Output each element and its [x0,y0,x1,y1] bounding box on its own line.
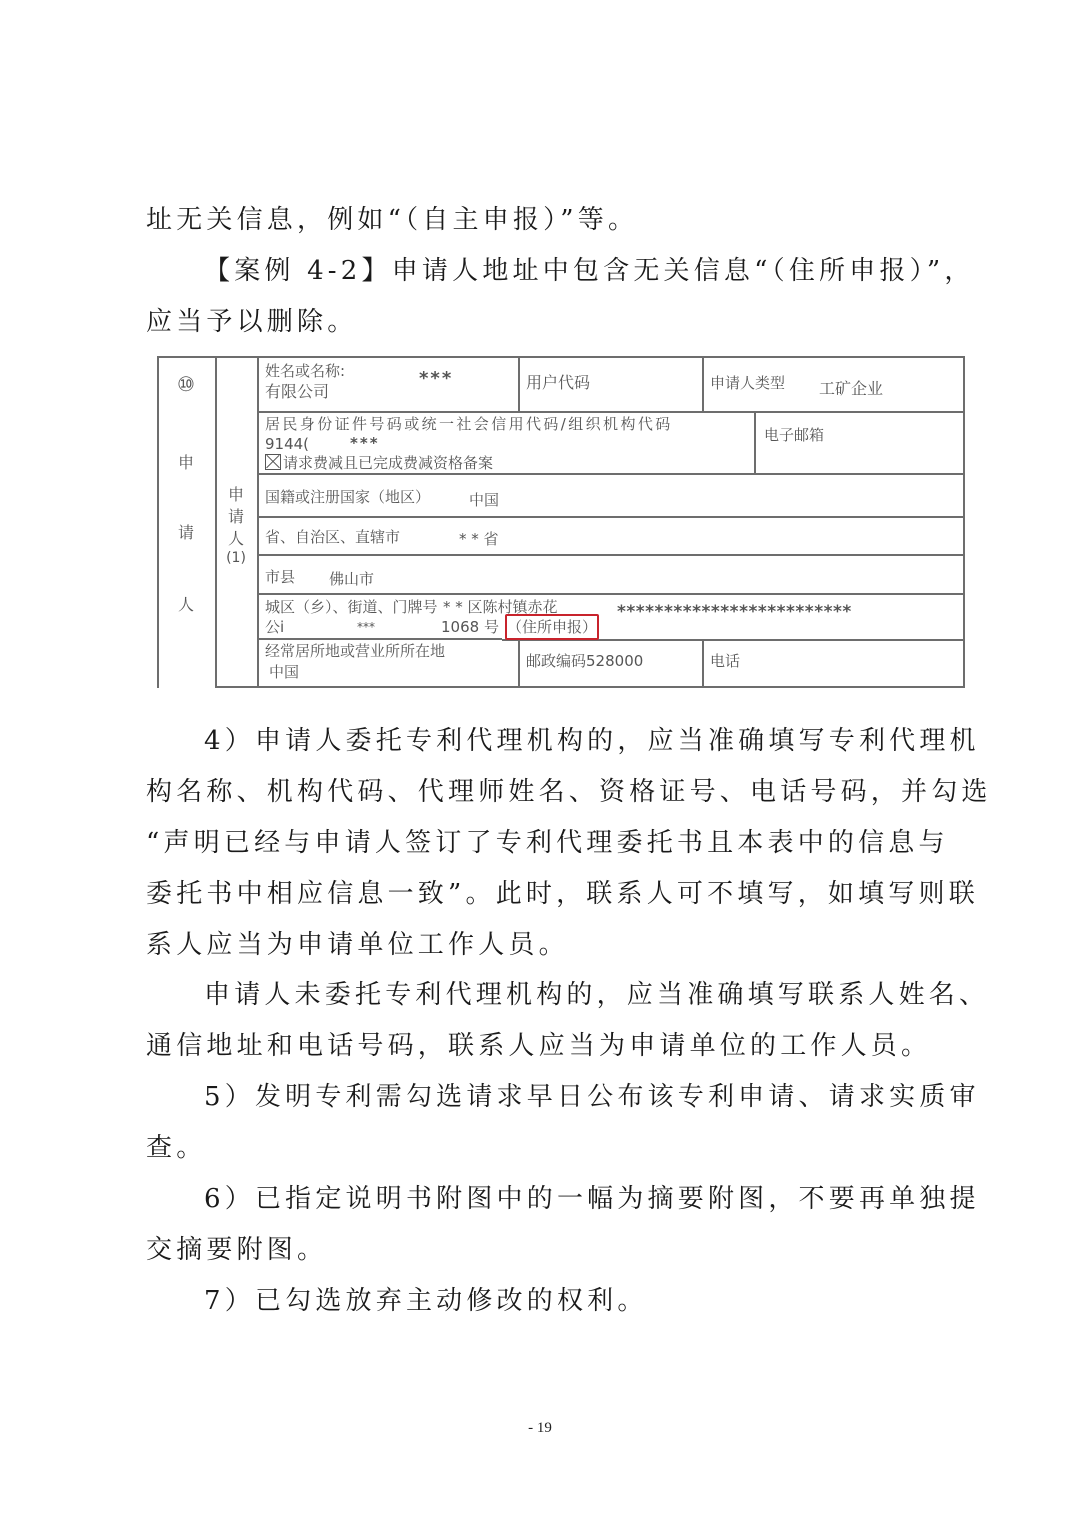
text-line: 应当予以删除。 [146,297,946,348]
col-divider [702,639,704,688]
postal-value: 528000 [586,652,643,670]
section-label-char: 申 [157,450,215,473]
address-highlight-text: （住所申报） [507,618,597,636]
text-line: 交摘要附图。 [146,1225,946,1276]
text-line: 5）发明专利需勾选请求早日公布该专利申请、请求实质审 [146,1072,946,1123]
row-divider [257,516,965,518]
section-label-char: 人 [157,592,215,615]
sub-label-char: (1) [215,550,257,566]
text-line: 申请人未委托专利代理机构的，应当准确填写联系人姓名、 [146,970,946,1021]
text-line: 4）申请人委托专利代理机构的，应当准确填写专利代理机 [146,716,946,767]
text-line: 通信地址和电话号码，联系人应当为申请单位的工作人员。 [146,1021,946,1072]
document-page: 址无关信息，例如“（自主申报）”等。 【案例 4-2】申请人地址中包含无关信息“… [0,0,1080,1527]
province-label: 省、自治区、直辖市 [265,528,400,546]
phone-label: 电话 [710,652,740,670]
address-masked-tail: ************************* [617,603,852,621]
table-border-bottom [215,686,965,688]
row-divider [257,411,965,413]
row-divider [257,638,502,640]
id-value-prefix: 9144( [265,435,309,453]
nationality-value: 中国 [469,491,499,509]
paragraph-item-7: 7）已勾选放弃主动修改的权利。 [146,1276,946,1327]
text-line: 址无关信息，例如“（自主申报）”等。 [146,195,946,246]
applicant-type-label: 申请人类型 [710,374,785,392]
row-divider [257,593,965,595]
city-label: 市县 [265,568,295,586]
text-line: 构名称、机构代码、代理师姓名、资格证号、电话号码，并勾选 [146,767,946,818]
section-number: ⑩ [157,372,215,396]
text-line: 【案例 4-2】申请人地址中包含无关信息“（住所申报）”， [146,246,946,297]
name-value-suffix: 有限公司 [265,383,329,401]
text-line: 7）已勾选放弃主动修改的权利。 [146,1276,946,1327]
name-value-masked: *** [419,370,453,388]
province-value: * * 省 [459,530,499,548]
sub-label-char: 人 [215,526,257,549]
text-line: 系人应当为申请单位工作人员。 [146,920,946,971]
table-border-top [157,356,965,358]
row-divider [257,473,965,475]
paragraph-item-4-unagented: 申请人未委托专利代理机构的，应当准确填写联系人姓名、 通信地址和电话号码，联系人… [146,970,946,1072]
sub-label-char: 请 [215,504,257,527]
paragraph-address-irrelevant-info: 址无关信息，例如“（自主申报）”等。 [146,195,946,246]
id-label: 居民身份证件号码或统一社会信用代码/组织机构代码 [265,415,673,433]
email-label: 电子邮箱 [764,426,824,444]
address-value-line2-number: 1068 号 [441,618,499,636]
row-divider [257,554,965,556]
postal-code-field: 邮政编码528000 [526,652,643,670]
section-label-char: 请 [157,520,215,543]
name-label: 姓名或名称: [265,362,345,380]
paragraph-item-6: 6）已指定说明书附图中的一幅为摘要附图，不要再单独提 交摘要附图。 [146,1174,946,1276]
id-value-masked: *** [350,434,380,452]
residence-label: 经常居所地或营业所所在地 [265,642,445,660]
paragraph-item-4: 4）申请人委托专利代理机构的，应当准确填写专利代理机 构名称、机构代码、代理师姓… [146,716,946,971]
col-divider [518,356,520,412]
nationality-label: 国籍或注册国家（地区） [265,488,430,506]
text-line: “声明已经与申请人签订了专利代理委托书且本表中的信息与 [146,818,946,869]
page-number: - 19 [0,1420,1080,1437]
col-divider [754,412,756,474]
paragraph-case-4-2: 【案例 4-2】申请人地址中包含无关信息“（住所申报）”， 应当予以删除。 [146,246,946,348]
postal-label: 邮政编码 [526,652,586,670]
city-value: 佛山市 [329,570,374,588]
col-divider [518,639,520,688]
fee-reduction-checkbox[interactable] [265,454,281,470]
col-divider [702,356,704,412]
text-line: 委托书中相应信息一致”。此时，联系人可不填写，如填写则联 [146,869,946,920]
applicant-type-value: 工矿企业 [819,380,883,398]
fee-reduction-checkbox-row[interactable]: 请求费减且已完成费减资格备案 [265,454,493,472]
fee-reduction-checkbox-label: 请求费减且已完成费减资格备案 [283,454,493,472]
text-line: 6）已指定说明书附图中的一幅为摘要附图，不要再单独提 [146,1174,946,1225]
paragraph-item-5: 5）发明专利需勾选请求早日公布该专利申请、请求实质审 查。 [146,1072,946,1174]
applicant-form-figure: ⑩ 申 请 人 申 请 人 (1) 姓名或名称: *** 有限公司 用户代码 申… [157,356,965,688]
col-divider [257,356,259,688]
address-value-line2-prefix: 公i [265,618,284,636]
text-line: 查。 [146,1123,946,1174]
residence-value: 中国 [269,663,299,681]
address-value-line2-masked: *** [357,618,375,636]
table-border-right [963,356,965,688]
address-label: 城区（乡）、街道、门牌号 [265,598,438,616]
user-code-label: 用户代码 [526,374,590,392]
sub-label-char: 申 [215,482,257,505]
